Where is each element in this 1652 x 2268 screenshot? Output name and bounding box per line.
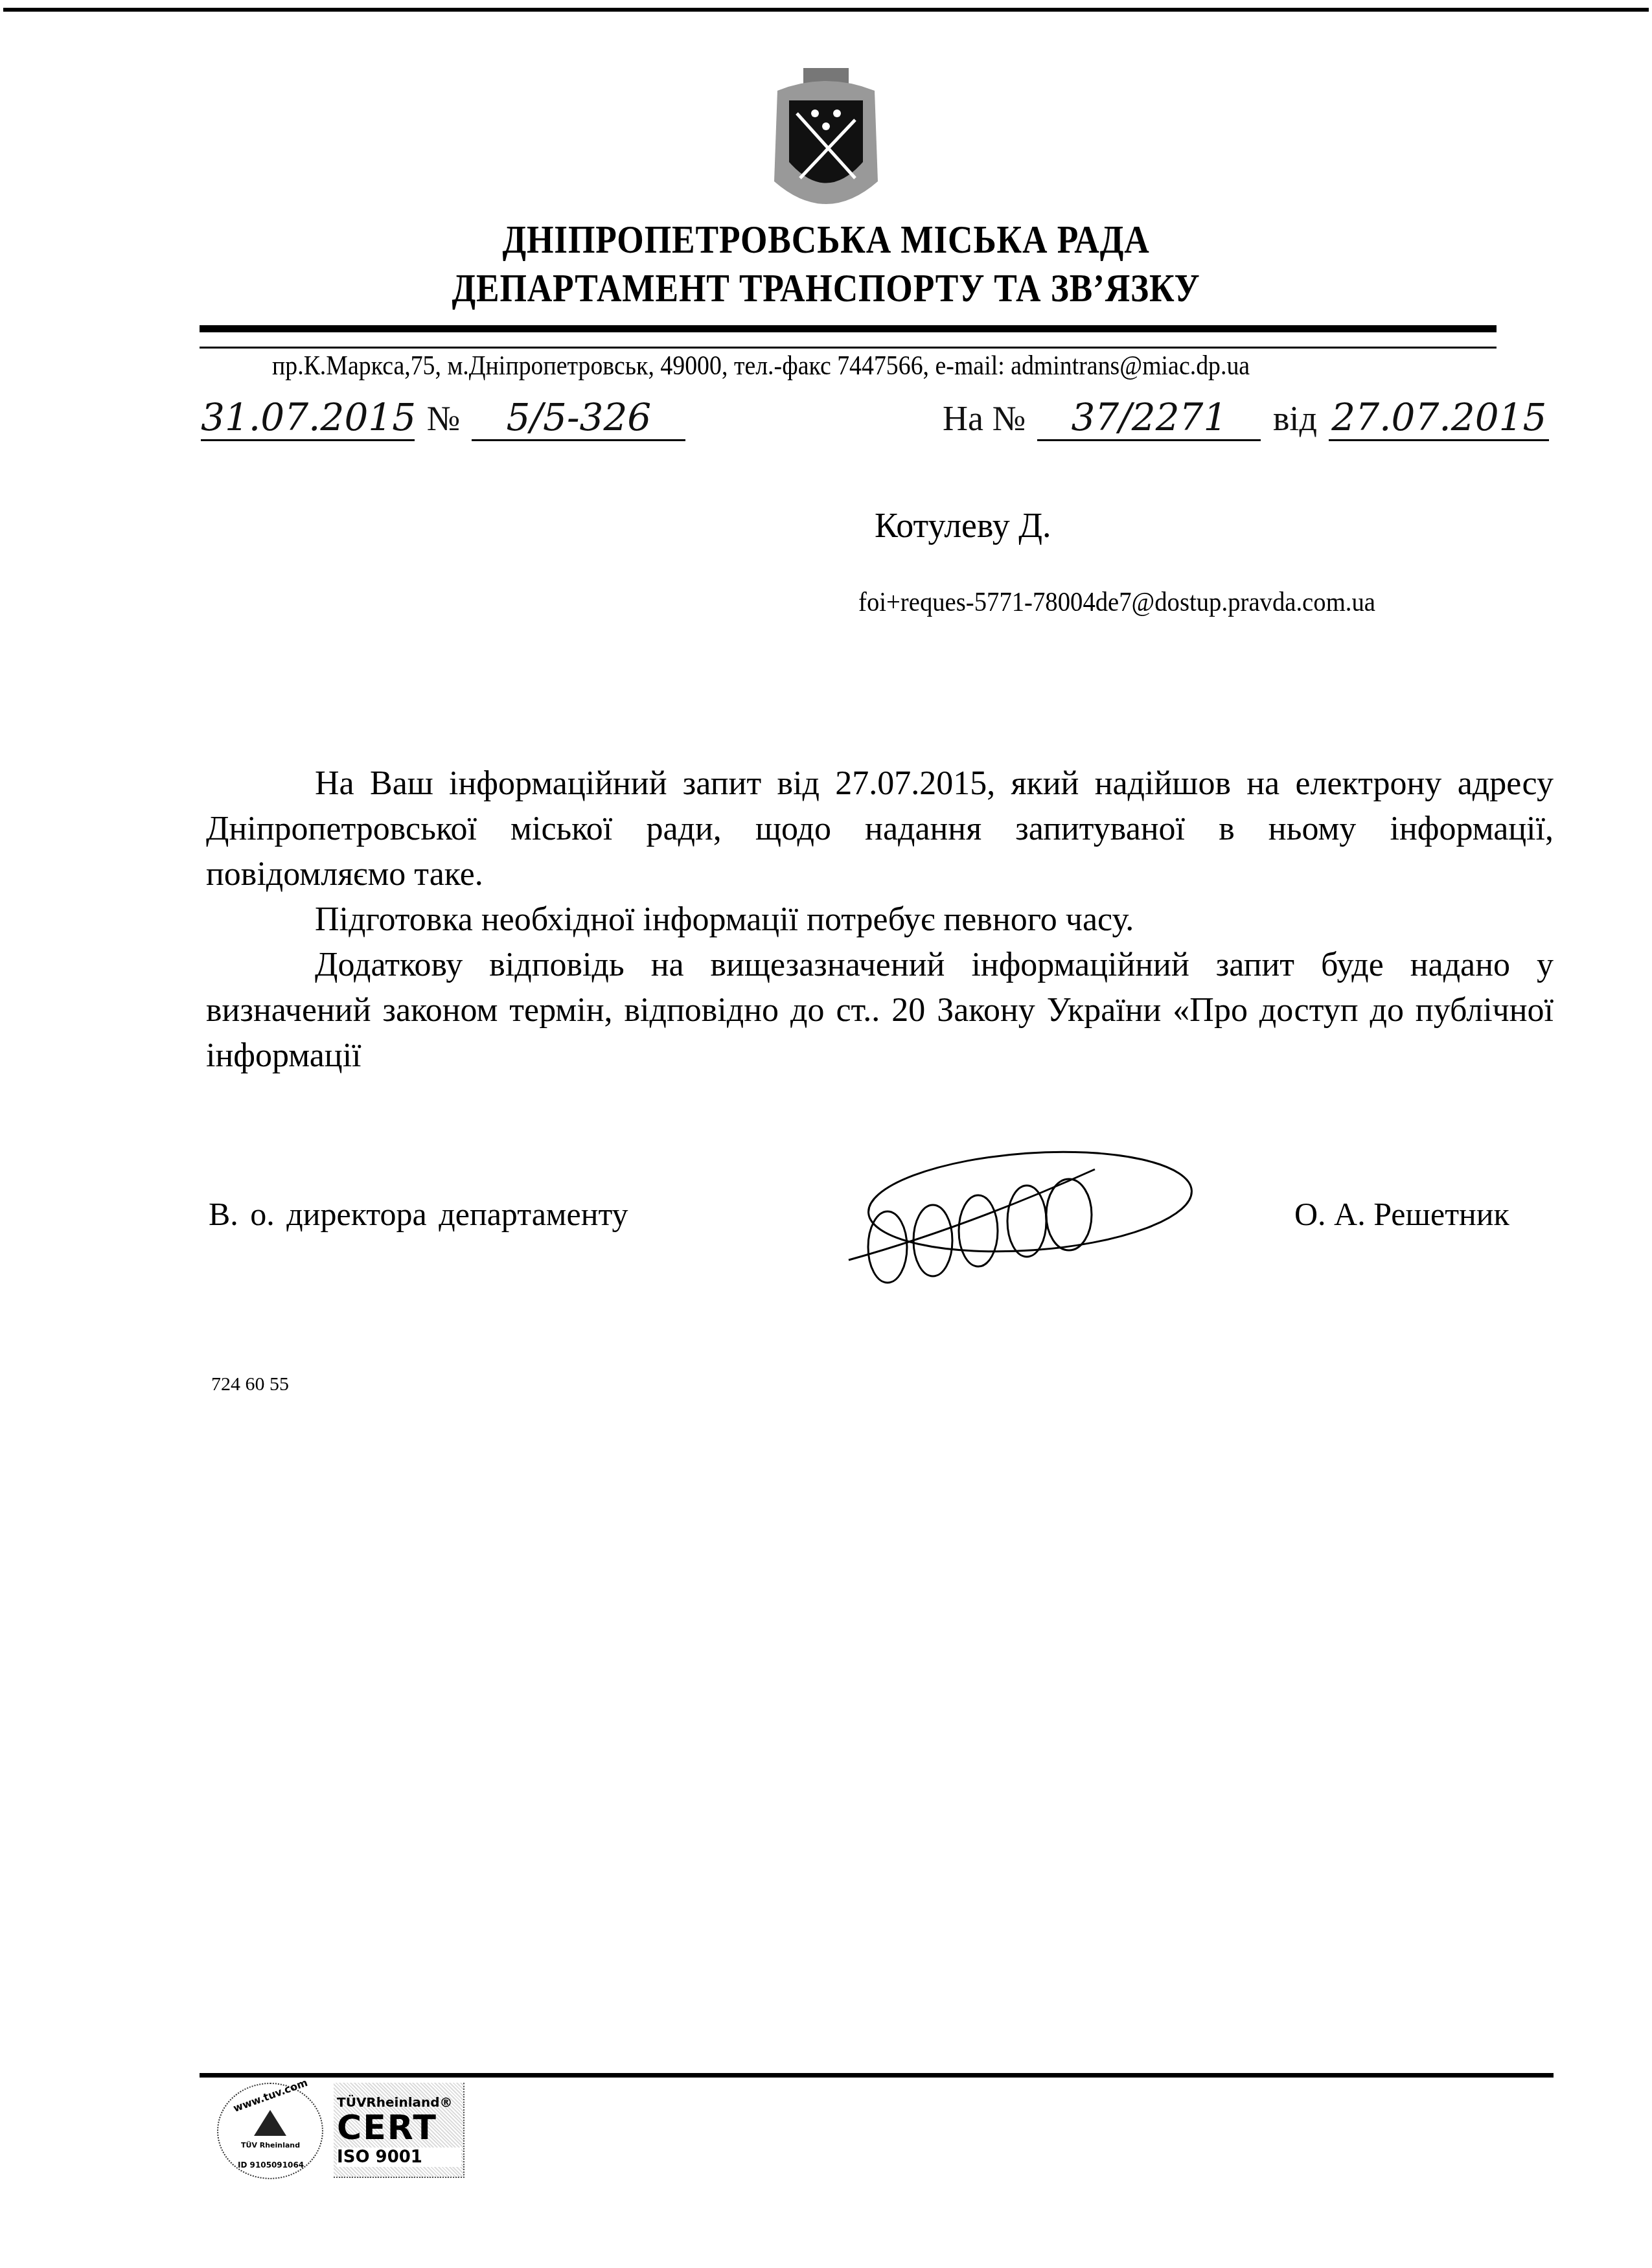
header-rule-thin: [200, 347, 1497, 349]
body-paragraph: На Ваш інформаційний запит від 27.07.201…: [206, 761, 1554, 897]
tuv-seal: www.tuv.com TÜV Rheinland ID 9105091064: [217, 2083, 323, 2179]
scan-top-edge: [3, 8, 1649, 12]
seal-brand: TÜV Rheinland: [241, 2141, 300, 2149]
coat-of-arms-icon: [764, 65, 888, 220]
address-line: пр.К.Маркса,75, м.Дніпропетровськ, 49000…: [272, 350, 1250, 382]
outgoing-date: 31.07.2015: [201, 395, 415, 441]
signatory-name: О. А. Решетник: [1294, 1195, 1509, 1233]
signature-icon: [836, 1150, 1263, 1292]
cert-brand: TÜVRheinland®: [337, 2094, 453, 2110]
department-name: ДЕПАРТАМЕНТ ТРАНСПОРТУ ТА ЗВ’ЯЗКУ: [116, 266, 1537, 312]
executor-phone: 724 60 55: [211, 1373, 289, 1395]
incoming-date: 27.07.2015: [1329, 395, 1549, 441]
footer-rule: [200, 2073, 1554, 2078]
outgoing-number: 5/5-326: [472, 395, 685, 441]
from-label: від: [1273, 399, 1317, 438]
seal-url: www.tuv.com: [231, 2076, 309, 2114]
number-sign: №: [426, 399, 460, 438]
reply-prefix: На №: [943, 399, 1026, 438]
iso-certification-badge: www.tuv.com TÜV Rheinland ID 9105091064 …: [217, 2083, 476, 2180]
incoming-number: 37/2271: [1037, 395, 1261, 441]
seal-id: ID 9105091064: [238, 2160, 304, 2170]
header-rule-thick: [200, 325, 1497, 332]
recipient-email: foi+reques-5771-78004de7@dostup.pravda.c…: [858, 586, 1375, 618]
incoming-reference: На № 37/2271 від 27.07.2015: [943, 395, 1549, 441]
cert-title: CERT: [337, 2110, 437, 2146]
tuv-triangle-icon: [254, 2110, 286, 2136]
recipient-name: Котулеву Д.: [875, 505, 1051, 545]
cert-panel: TÜVRheinland® CERT ISO 9001: [334, 2083, 465, 2178]
org-name: ДНІПРОПЕТРОВСЬКА МІСЬКА РАДА: [116, 217, 1537, 263]
cert-standard: ISO 9001: [337, 2148, 461, 2167]
body-paragraph: Підготовка необхідної інформації потребу…: [206, 897, 1554, 943]
body-paragraph: Додаткову відповідь на вищезазначений ін…: [206, 943, 1554, 1079]
outgoing-reference: 31.07.2015 № 5/5-326: [201, 395, 685, 441]
signatory-role: В. о. директора департаменту: [209, 1195, 628, 1233]
letter-body: На Ваш інформаційний запит від 27.07.201…: [206, 761, 1554, 1079]
